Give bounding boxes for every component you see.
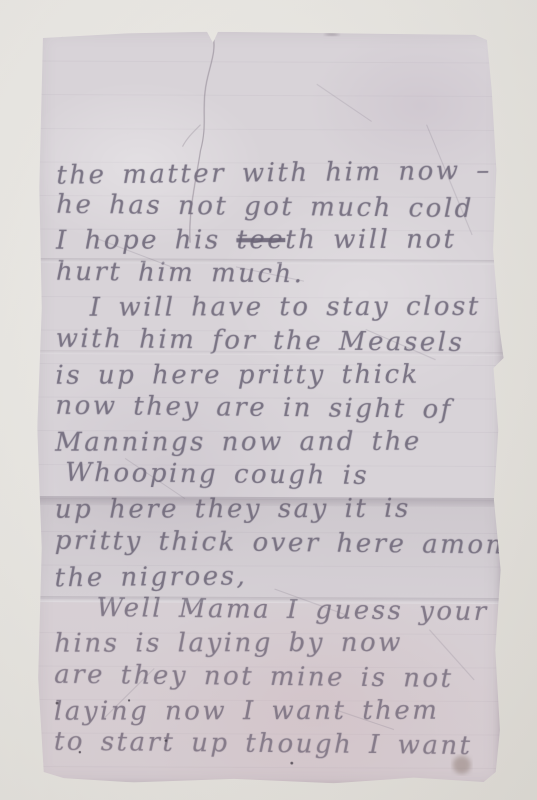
handwriting-line: hins is laying by now (54, 627, 514, 662)
handwriting-line: now they are in sight of (55, 390, 515, 428)
handwriting-line: laying now I want them (54, 694, 514, 729)
handwriting-segment: th will not (285, 225, 456, 255)
handwriting-line: the nigroes, (54, 558, 514, 596)
handwriting-line: Mannings now and the (55, 425, 515, 460)
handwriting-line: hurt him much. (56, 255, 516, 293)
handwriting-line: the matter with him now – (56, 154, 516, 193)
letter-photograph: the matter with him now – he has not got… (0, 0, 537, 800)
handwriting-line: he has not got much cold (56, 188, 516, 226)
handwriting-segment: I hope his (56, 225, 236, 255)
handwriting-line: up here they say it is (55, 492, 515, 527)
handwriting-line: pritty thick over here among (55, 524, 515, 562)
handwriting-block: the matter with him now – he has not got… (54, 156, 517, 763)
handwriting-line: Whooping cough is (65, 457, 515, 495)
handwriting-line: is up here pritty thick (55, 358, 515, 393)
handwriting-line: I will have to stay clost (90, 291, 516, 326)
letter-paper: the matter with him now – he has not got… (34, 28, 505, 786)
struck-word: tee (236, 225, 285, 255)
handwriting-line: with him for the Measels (55, 323, 515, 361)
handwriting-line: Well Mama I guess your (96, 592, 514, 630)
handwriting-line: I hope his teeth will not (56, 224, 516, 259)
handwriting-line: are they not mine is not (54, 659, 514, 697)
handwriting-line: to start up though I want (54, 726, 514, 764)
